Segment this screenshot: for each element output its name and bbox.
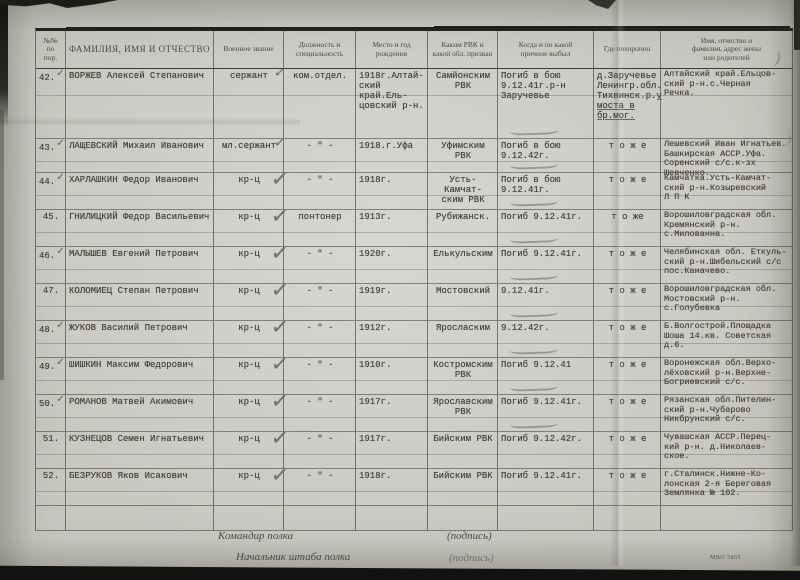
- header-row-number: №№ по пор.: [36, 31, 66, 69]
- family-cell: Чувашская АССР.Перец- кий р-н. д.Николае…: [661, 432, 793, 469]
- scan-edge: [0, 565, 800, 580]
- burial-cell: т о ж е: [594, 469, 661, 506]
- pencil-squiggle-mark: [510, 126, 558, 136]
- pencil-squiggle-mark: [510, 419, 558, 429]
- birth-cell: 1917г.: [356, 395, 428, 432]
- birth-cell: 1918г.Алтай- ский край.Ель- цовский р-н.: [356, 69, 428, 139]
- name-cell: ЛАЩЕВСКИЙ Михаил Иванович: [66, 139, 214, 173]
- row-number: 52.: [36, 469, 66, 506]
- family-cell: Лешевский Иван Игнатьев. Башкирская АССР…: [661, 139, 793, 173]
- birth-cell: 1918.г.Уфа: [356, 139, 428, 173]
- rvk-cell: Бийским РВК: [428, 469, 498, 506]
- birth-cell: 1912г.: [356, 321, 428, 358]
- burial-cell: т о ж е: [594, 173, 661, 210]
- birth-cell: 1917г.: [356, 432, 428, 469]
- duty-cell: - " -: [284, 432, 356, 469]
- pencil-check-icon: ✓: [56, 357, 64, 368]
- cause-cell: Погиб в бою 9.12.42г.: [498, 139, 594, 173]
- header-name: ФАМИЛИЯ, ИМЯ И ОТЧЕСТВО: [66, 31, 214, 69]
- document-scan: №№ по пор. ФАМИЛИЯ, ИМЯ И ОТЧЕСТВО Военн…: [0, 0, 800, 580]
- casualty-table: №№ по пор. ФАМИЛИЯ, ИМЯ И ОТЧЕСТВО Военн…: [35, 28, 793, 531]
- rvk-cell: Елькульским: [428, 247, 498, 284]
- burial-cell: т о ж е: [594, 247, 661, 284]
- rvk-cell: Бийским РВК: [428, 432, 498, 469]
- ruled-line: [36, 95, 793, 96]
- birth-cell: 1919г.: [356, 284, 428, 321]
- scan-edge: [0, 110, 4, 380]
- rvk-cell: Мостовский: [428, 284, 498, 321]
- empty-cell: [284, 506, 356, 531]
- family-cell: Камчатка.Усть-Камчат- ский р-н.Козыревск…: [661, 173, 793, 210]
- ruled-line: [36, 306, 793, 307]
- cause-cell: Погиб 9.12.41: [498, 358, 594, 395]
- header-cause: Когда и по какой причине выбыл: [498, 31, 594, 69]
- burial-cell: т о же: [594, 210, 661, 247]
- ruled-line: [36, 454, 793, 455]
- signature-placeholder: (подпись): [447, 530, 492, 542]
- duty-cell: - " -: [284, 173, 356, 210]
- birth-cell: 1918г.: [356, 173, 428, 210]
- name-cell: ЖУКОВ Василий Петрович: [66, 321, 214, 358]
- family-cell: Ворошиловградская обл. Мостовский р-н. с…: [661, 284, 793, 321]
- row-number: 46.✓: [36, 247, 66, 284]
- empty-cell: [66, 506, 214, 531]
- row-number: 48.✓: [36, 321, 66, 358]
- rvk-cell: Уфимским РВК: [428, 139, 498, 173]
- burial-cell: т о ж е: [594, 358, 661, 395]
- name-cell: ШИШКИН Максим Федорович: [66, 358, 214, 395]
- burial-cell: д.Заручевье Ленингр.обл. Тихвинск.р.у мо…: [594, 69, 661, 139]
- scan-edge-torn-corner: [0, 0, 118, 8]
- rvk-cell: Самйонским РВК: [428, 69, 498, 139]
- name-cell: ВОРЖЕВ Алексей Степанович: [66, 69, 214, 139]
- duty-cell: ком.отдел.: [284, 69, 356, 139]
- chief-of-staff-label: Начальник штаба полка: [236, 551, 350, 563]
- ruled-line: [36, 195, 793, 196]
- name-cell: ГНИЛИЦКИЙ Федор Васильевич: [66, 210, 214, 247]
- cause-cell: Погиб 9.12.41г.: [498, 247, 594, 284]
- pencil-squiggle-mark: [510, 271, 558, 281]
- print-code: МВО 5865: [710, 555, 741, 561]
- pencil-check-icon: ✓: [56, 172, 64, 183]
- cause-cell: 9.12.42г.: [498, 321, 594, 358]
- birth-cell: 1918г.: [356, 469, 428, 506]
- birth-cell: 1910г.: [356, 358, 428, 395]
- header-rvk: Каким РВК и какой обл. призван: [428, 31, 498, 69]
- row-number: 47.: [36, 284, 66, 321]
- rank-cell: сержант✓: [214, 69, 284, 139]
- name-cell: КУЗНЕЦОВ Семен Игнатьевич: [66, 432, 214, 469]
- name-cell: БЕЗРУКОВ Яков Исакович: [66, 469, 214, 506]
- name-cell: МАЛЫШЕВ Евгений Петрович: [66, 247, 214, 284]
- family-cell: Воронежская обл.Верхо- лёховский р-н.Вер…: [661, 358, 793, 395]
- duty-cell: - " -: [284, 139, 356, 173]
- cause-cell: Погиб 9.12.41г.: [498, 395, 594, 432]
- ruled-line: [36, 343, 793, 344]
- pencil-check-icon: ✓: [56, 246, 64, 257]
- family-cell: Ворошиловградская обл. Кремянский р-н. с…: [661, 210, 793, 247]
- name-cell: РОМАНОВ Матвей Акимович: [66, 395, 214, 432]
- burial-cell: т о ж е: [594, 395, 661, 432]
- empty-cell: [356, 506, 428, 531]
- pencil-squiggle-mark: [510, 345, 558, 355]
- duty-cell: - " -: [284, 469, 356, 506]
- ruled-line: [36, 161, 793, 162]
- ruled-line: [36, 417, 793, 418]
- row-number: 43.✓: [36, 139, 66, 173]
- pencil-check-icon: ✓: [56, 320, 64, 331]
- rvk-cell: Ярославским РВК: [428, 395, 498, 432]
- burial-cell: т о ж е: [594, 284, 661, 321]
- family-cell: Б.Волгострой.Площадка Шоша 14.кв. Советс…: [661, 321, 793, 358]
- rvk-cell: Яросласким: [428, 321, 498, 358]
- paper-fold-crease: [610, 0, 626, 566]
- row-number: 42.✓: [36, 69, 66, 139]
- ruled-line: [36, 380, 793, 381]
- cause-cell: Погиб 9.12.42г.: [498, 432, 594, 469]
- cause-cell: 9.12.41г.: [498, 284, 594, 321]
- pencil-squiggle-mark: [510, 234, 558, 244]
- header-rank: Военное звание: [214, 31, 284, 69]
- header-duty: Должность и специальность: [284, 31, 356, 69]
- header-birth: Место и год рождения: [356, 31, 428, 69]
- ruled-line: [36, 491, 793, 492]
- duty-cell: - " -: [284, 395, 356, 432]
- header-burial: Где похоронен: [594, 31, 661, 69]
- empty-cell: [498, 506, 594, 531]
- empty-cell: [36, 506, 66, 531]
- row-number: 45.: [36, 210, 66, 247]
- rank-cell: кр-ц✓: [214, 469, 284, 506]
- name-cell: ХАРЛАШКИН Федор Иванович: [66, 173, 214, 210]
- pencil-check-icon: ✓: [56, 138, 64, 149]
- ruled-line: [36, 269, 793, 270]
- duty-cell: - " -: [284, 247, 356, 284]
- row-number: 49.✓: [36, 358, 66, 395]
- pencil-squiggle-mark: [510, 197, 558, 207]
- top-border-line: [66, 27, 436, 29]
- commander-label: Командир полка: [218, 530, 293, 542]
- signature-placeholder: (подпись): [449, 552, 494, 564]
- scan-edge: [0, 0, 8, 128]
- rvk-cell: Усть-Камчат- ским РВК: [428, 173, 498, 210]
- row-number: 50.✓: [36, 395, 66, 432]
- cause-cell: Погиб в бою 9.12.41г.: [498, 173, 594, 210]
- name-cell: КОЛОМИЕЦ Степан Петрович: [66, 284, 214, 321]
- burial-cell: т о ж е: [594, 432, 661, 469]
- rvk-cell: Рубижанск.: [428, 210, 498, 247]
- row-number: 51.: [36, 432, 66, 469]
- burial-cell: т о ж е: [594, 139, 661, 173]
- empty-cell: [594, 506, 661, 531]
- birth-cell: 1920г.: [356, 247, 428, 284]
- cause-cell: Погиб 9.12.41г.: [498, 469, 594, 506]
- family-cell: Алтайский край.Ельцов- ский р-н.с.Черная…: [661, 69, 793, 139]
- duty-cell: - " -: [284, 284, 356, 321]
- rvk-cell: Костромским РВК: [428, 358, 498, 395]
- paper-crease: [0, 118, 300, 126]
- empty-cell: [428, 506, 498, 531]
- pencil-check-icon: ✓: [56, 394, 64, 405]
- duty-cell: понтонер: [284, 210, 356, 247]
- duty-cell: - " -: [284, 358, 356, 395]
- ruled-line: [36, 232, 793, 233]
- empty-cell: [214, 506, 284, 531]
- family-cell: Рязанская обл.Пителин- ский р-н.Чубарово…: [661, 395, 793, 432]
- burial-cell: т о ж е: [594, 321, 661, 358]
- family-cell: Челябинская обл. Еткуль- ский р-н.Шибель…: [661, 247, 793, 284]
- duty-cell: - " -: [284, 321, 356, 358]
- family-cell: г.Сталинск.Нижне-Ко- лонская 2-я Берегов…: [661, 469, 793, 506]
- row-number: 44.✓: [36, 173, 66, 210]
- scan-edge-shadow: [790, 0, 800, 566]
- empty-cell: [661, 506, 793, 531]
- pencil-check-icon: ✓: [56, 68, 64, 79]
- birth-cell: 1913г.: [356, 210, 428, 247]
- pencil-squiggle-mark: [510, 308, 558, 318]
- cause-cell: Погиб в бою 9.12.41г.р-н Заручевье: [498, 69, 594, 139]
- pencil-squiggle-mark: [510, 382, 558, 392]
- cause-cell: Погиб 9.12.41г.: [498, 210, 594, 247]
